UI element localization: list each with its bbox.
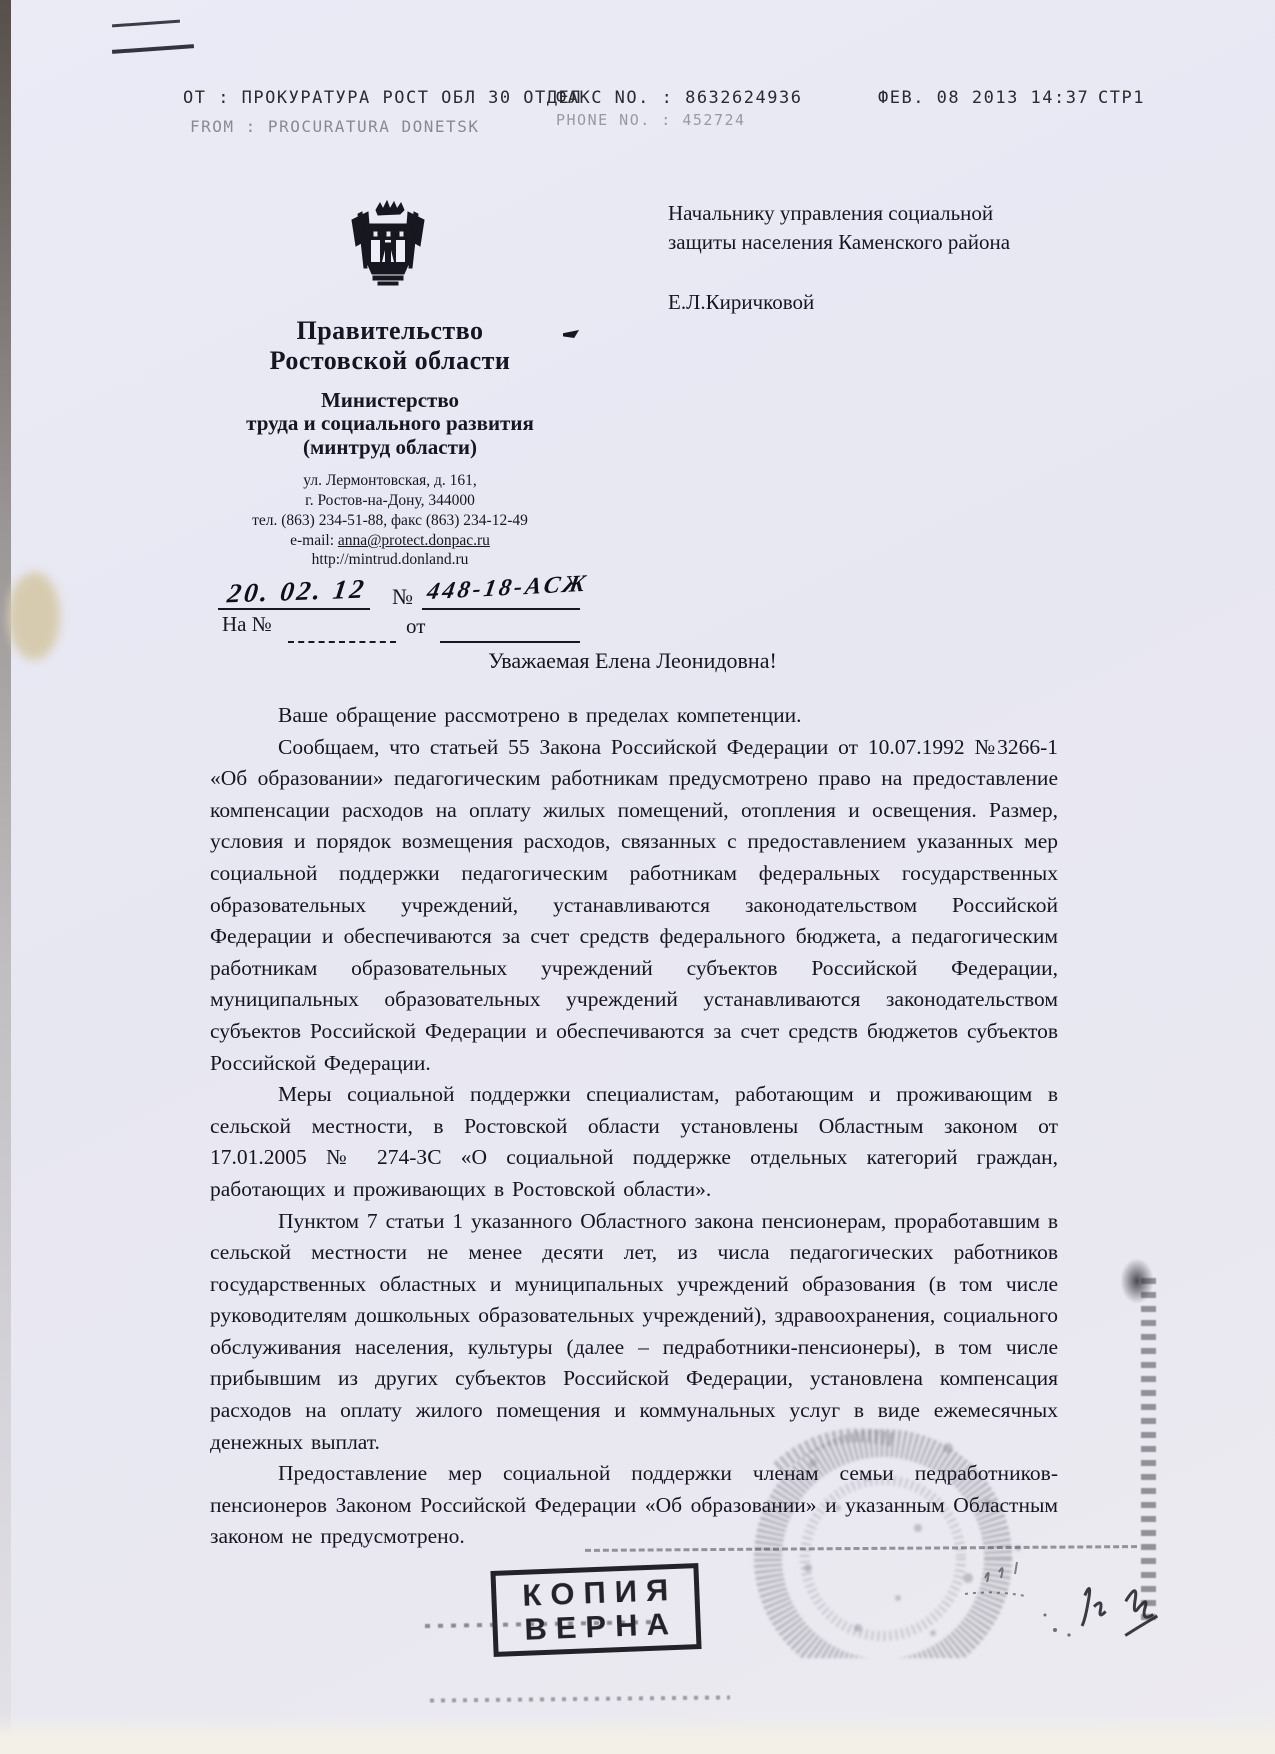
date-underline <box>218 608 370 610</box>
letterhead-address-1: ул. Лермонтовская, д. 161, <box>205 472 575 490</box>
copy-true-stamp: КОПИЯ ВЕРНА <box>490 1563 701 1657</box>
round-ink-stamp <box>718 1408 1048 1663</box>
paragraph-2: Сообщаем, что статьей 55 Закона Российск… <box>210 732 1058 1080</box>
number-sign: № <box>392 584 413 610</box>
scanned-letter-page: ОТ : ПРОКУРАТУРА РОСТ ОБЛ 30 ОТДЕЛ ФАКС … <box>0 0 1275 1754</box>
ot-label: от <box>406 614 425 639</box>
salutation: Уважаемая Елена Леонидовна! <box>210 648 1055 674</box>
addressee-line-1: Начальнику управления социальной <box>668 201 993 226</box>
addressee-name: Е.Л.Киричковой <box>668 290 814 315</box>
paragraph-1: Ваше обращение рассмотрено в пределах ко… <box>210 700 1058 732</box>
handwritten-number: 448-18-АСЖ <box>425 571 590 606</box>
handwritten-date: 20. 02. 12 <box>225 574 368 610</box>
letterhead-website: http://mintrud.donland.ru <box>205 551 575 569</box>
letterhead-government: Правительство <box>205 316 575 346</box>
letterhead-region: Ростовской области <box>205 346 575 376</box>
letterhead-ministry-3: (минтруд области) <box>205 435 575 460</box>
email-address: anna@protect.donpac.ru <box>338 532 490 549</box>
number-underline <box>422 608 580 610</box>
letterhead-address-2: г. Ростов-на-Дону, 344000 <box>205 492 575 510</box>
email-label: e-mail: <box>290 532 338 549</box>
letterhead-ministry-1: Министерство <box>205 388 575 413</box>
addressee-line-2: защиты населения Каменского района <box>668 230 1010 255</box>
na-number-underline <box>288 641 396 643</box>
letterhead-phone-fax: тел. (863) 234-51-88, факс (863) 234-12-… <box>205 512 575 530</box>
letterhead-ministry-2: труда и социального развития <box>205 411 575 436</box>
ot-underline <box>440 641 580 643</box>
na-number-label: На № <box>222 612 272 637</box>
letterhead-email-line: e-mail: anna@protect.donpac.ru <box>205 532 575 550</box>
stamp-line-2: ВЕРНА <box>515 1607 679 1647</box>
paragraph-3: Меры социальной поддержки специалистам, … <box>210 1079 1058 1205</box>
rostov-oblast-coat-of-arms <box>338 198 438 306</box>
